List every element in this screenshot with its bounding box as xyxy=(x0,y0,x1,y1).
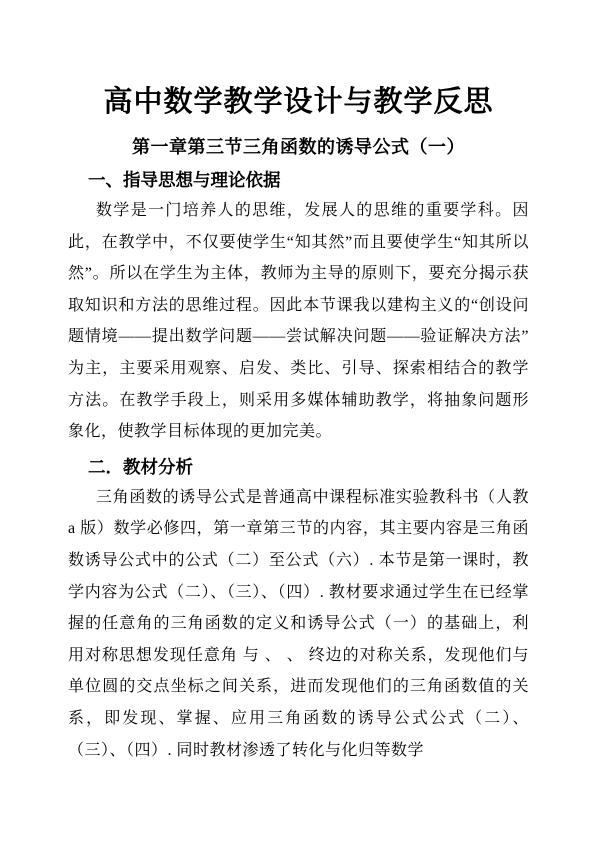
document-title: 高中数学教学设计与教学反思 xyxy=(68,84,529,120)
document-subtitle: 第一章第三节三角函数的诱导公式（一） xyxy=(68,135,529,159)
section-1-paragraph: 数学是一门培养人的思维，发展人的思维的重要学科。因此，在教学中，不仅要使学生“知… xyxy=(68,195,529,448)
section-heading-guiding-ideology: 一、指导思想与理论依据 xyxy=(68,168,529,192)
section-2-paragraph: 三角函数的诱导公式是普通高中课程标准实验教科书（人教a 版）数学必修四，第一章第… xyxy=(68,482,529,766)
document-page: 高中数学教学设计与教学反思 第一章第三节三角函数的诱导公式（一） 一、指导思想与… xyxy=(0,0,595,842)
section-heading-textbook-analysis: 二．教材分析 xyxy=(68,455,529,479)
